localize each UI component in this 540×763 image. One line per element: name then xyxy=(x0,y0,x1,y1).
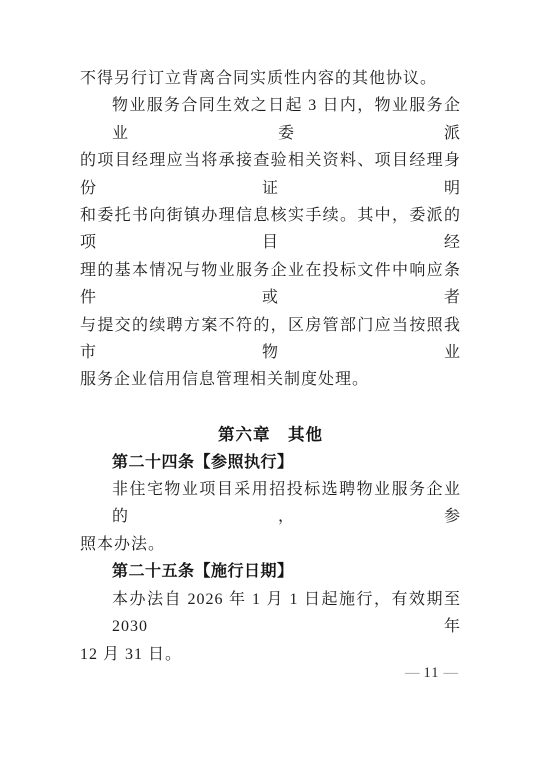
paragraph-line: 本办法自 2026 年 1 月 1 日起施行，有效期至 2030 年 xyxy=(80,586,461,641)
paragraph-line: 照本办法。 xyxy=(80,531,461,558)
document-body: 不得另行订立背离合同实质性内容的其他协议。 物业服务合同生效之日起 3 日内，物… xyxy=(80,65,461,668)
chapter-heading: 第六章 其他 xyxy=(80,421,461,448)
paragraph-line: 和委托书向街镇办理信息核实手续。其中，委派的项目经 xyxy=(80,202,461,257)
document-page: 不得另行订立背离合同实质性内容的其他协议。 物业服务合同生效之日起 3 日内，物… xyxy=(0,0,540,763)
article-25-heading: 第二十五条【施行日期】 xyxy=(80,558,461,585)
paragraph-line: 非住宅物业项目采用招投标选聘物业服务企业的，参 xyxy=(80,476,461,531)
page-number-dash-right: — xyxy=(444,665,459,681)
paragraph-line: 与提交的续聘方案不符的，区房管部门应当按照我市物业 xyxy=(80,312,461,367)
paragraph-line: 的项目经理应当将承接查验相关资料、项目经理身份证明 xyxy=(80,147,461,202)
paragraph-line: 物业服务合同生效之日起 3 日内，物业服务企业委派 xyxy=(80,92,461,147)
page-number: —11— xyxy=(401,663,462,683)
paragraph-line: 理的基本情况与物业服务企业在投标文件中响应条件或者 xyxy=(80,257,461,312)
paragraph-line: 服务企业信用信息管理相关制度处理。 xyxy=(80,366,461,393)
page-number-value: 11 xyxy=(424,665,440,681)
paragraph-continuation-line: 不得另行订立背离合同实质性内容的其他协议。 xyxy=(80,65,461,92)
page-number-dash-left: — xyxy=(405,665,420,681)
article-24-heading: 第二十四条【参照执行】 xyxy=(80,449,461,476)
